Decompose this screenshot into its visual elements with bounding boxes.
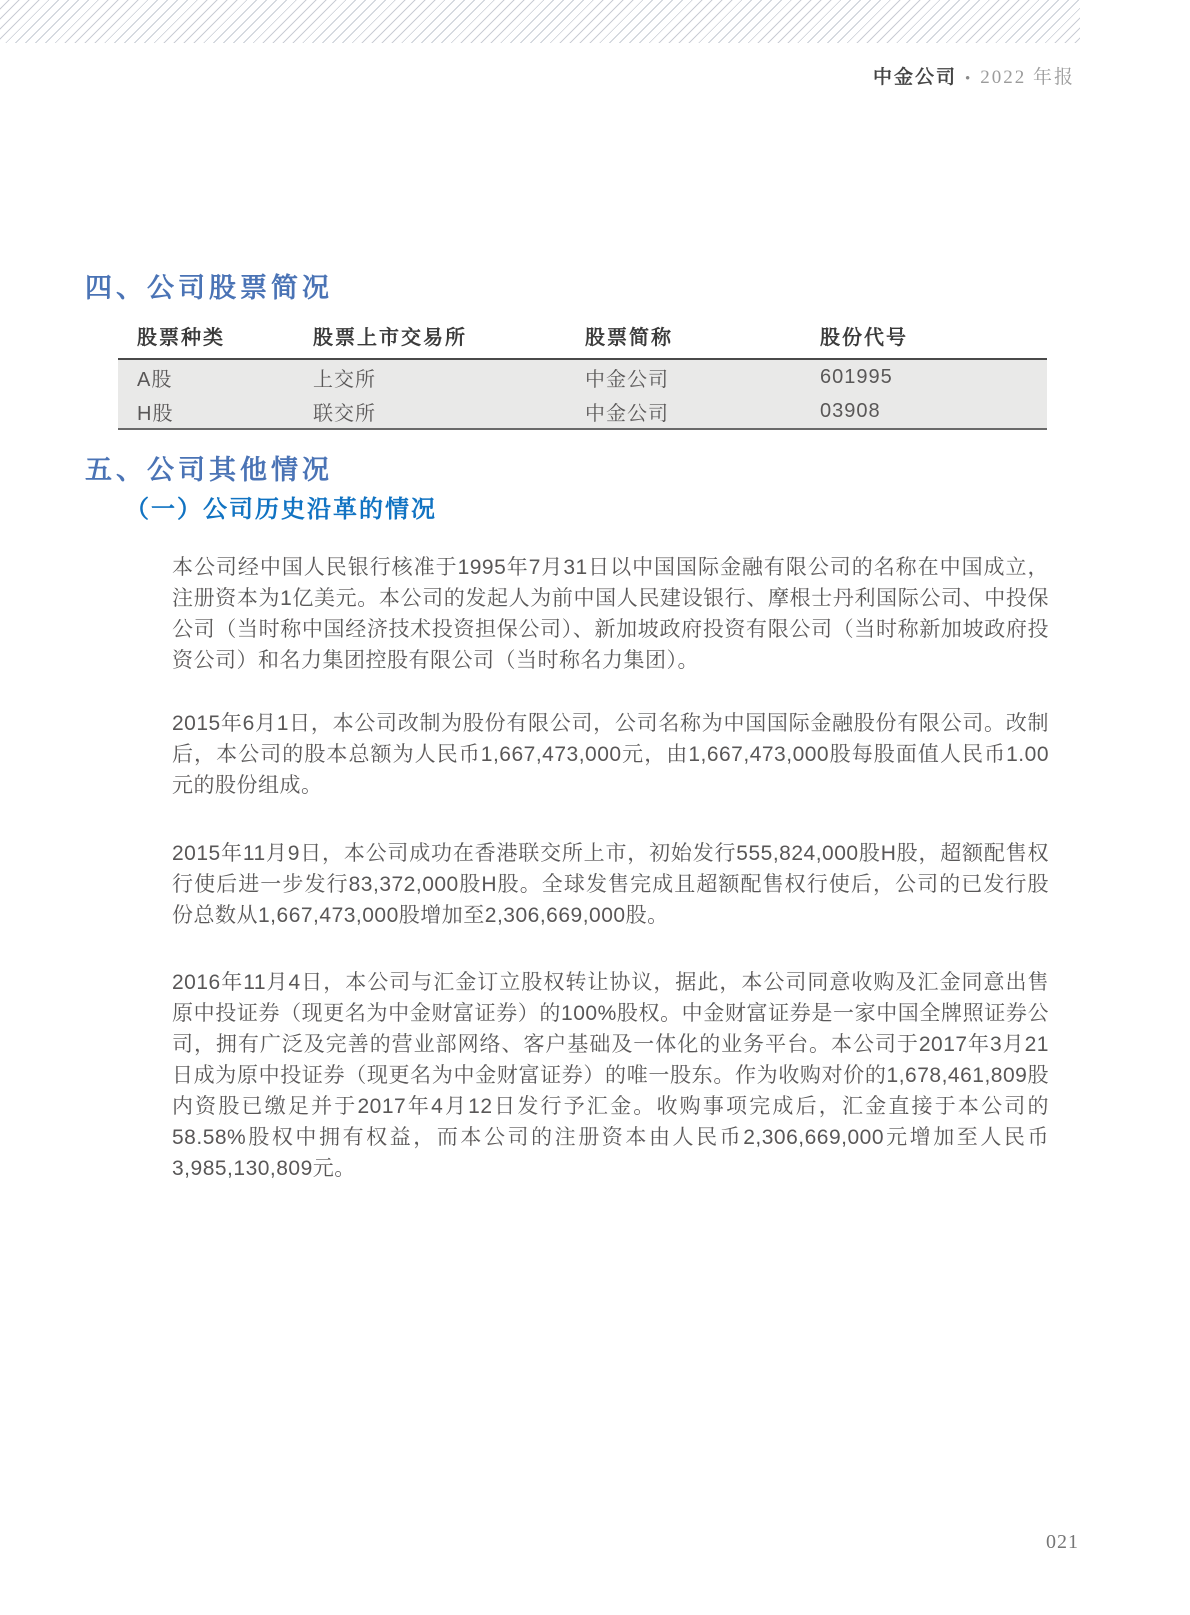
history-paragraph-1: 本公司经中国人民银行核准于1995年7月31日以中国国际金融有限公司的名称在中国… xyxy=(172,552,1049,676)
table-row: A股 上交所 中金公司 601995 xyxy=(118,359,1047,394)
cell-stock-code: 601995 xyxy=(820,359,1047,394)
table-header-row: 股票种类 股票上市交易所 股票简称 股份代号 xyxy=(118,312,1047,359)
cell-stock-code: 03908 xyxy=(820,394,1047,429)
col-header-exchange: 股票上市交易所 xyxy=(313,312,585,359)
table-row: H股 联交所 中金公司 03908 xyxy=(118,394,1047,429)
cell-stock-type: H股 xyxy=(118,394,313,429)
report-edition: 2022 年报 xyxy=(980,67,1075,88)
section-title-stock-overview: 四、公司股票简况 xyxy=(85,0,1190,304)
col-header-stock-type: 股票种类 xyxy=(118,312,313,359)
section-title-other-info: 五、公司其他情况 xyxy=(85,454,1190,486)
body-text-block: 本公司经中国人民银行核准于1995年7月31日以中国国际金融有限公司的名称在中国… xyxy=(172,552,1049,1184)
cell-short-name: 中金公司 xyxy=(585,359,820,394)
history-paragraph-3: 2015年11月9日，本公司成功在香港联交所上市，初始发行555,824,000… xyxy=(172,838,1049,931)
history-paragraph-4: 2016年11月4日，本公司与汇金订立股权转让协议，据此，本公司同意收购及汇金同… xyxy=(172,967,1049,1184)
cell-exchange: 上交所 xyxy=(313,359,585,394)
bullet-separator: • xyxy=(965,71,972,87)
decorative-hatch-band xyxy=(0,0,1080,43)
cell-exchange: 联交所 xyxy=(313,394,585,429)
stock-info-table: 股票种类 股票上市交易所 股票简称 股份代号 A股 上交所 中金公司 60199… xyxy=(118,312,1047,430)
cell-short-name: 中金公司 xyxy=(585,394,820,429)
col-header-short-name: 股票简称 xyxy=(585,312,820,359)
cell-stock-type: A股 xyxy=(118,359,313,394)
company-name: 中金公司 xyxy=(873,67,957,88)
history-paragraph-2: 2015年6月1日，本公司改制为股份有限公司，公司名称为中国国际金融股份有限公司… xyxy=(172,708,1049,801)
subsection-title-company-history: （一）公司历史沿革的情况 xyxy=(125,496,1190,524)
page-header: 中金公司•2022 年报 xyxy=(873,62,1075,89)
page-number: 021 xyxy=(1046,1531,1079,1554)
col-header-stock-code: 股份代号 xyxy=(820,312,1047,359)
